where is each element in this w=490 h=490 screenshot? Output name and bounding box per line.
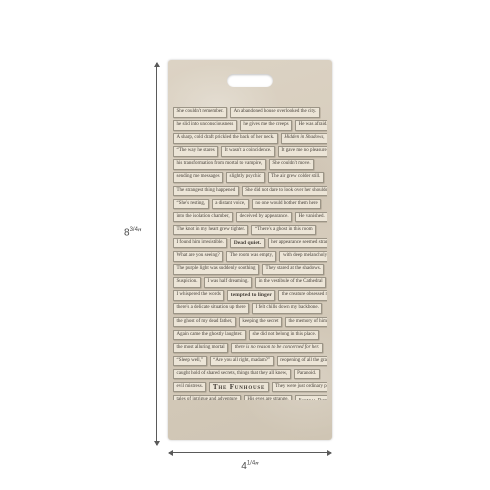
sticker: The knot in my heart grew tighter. <box>173 225 248 236</box>
width-dimension-line <box>169 452 331 453</box>
sticker: Dead quiet. <box>230 238 264 249</box>
sticker: no one would bother them here <box>252 199 321 210</box>
sticker: she did not belong in this place. <box>249 330 319 341</box>
sticker: They stared at the shadows. <box>262 264 324 275</box>
product-image-canvas: 83/4″ She couldn't remember.An abandoned… <box>0 0 490 490</box>
sticker-row: the most alluring mortalthere is no reas… <box>173 343 327 354</box>
sticker-row: there's a delicate situation up thereI f… <box>173 303 327 314</box>
sticker: Funeral Director <box>295 395 327 400</box>
sticker-row: I whispered the wordstempted to lingerth… <box>173 290 327 301</box>
sticker: He was afraid. <box>295 120 327 131</box>
sticker-row: The purple light was suddenly soothingTh… <box>173 264 327 275</box>
height-dimension-label: 83/4″ <box>124 227 141 238</box>
sticker-row: The strangest thing happenedShe did not … <box>173 186 327 197</box>
sticker: I felt chills down my backbone. <box>252 303 322 314</box>
sticker: He vanished. <box>295 212 327 223</box>
sticker: “Sleep well,” <box>173 356 207 367</box>
sticker-row: She couldn't remember.An abandoned house… <box>173 107 327 118</box>
sticker: there is no reason to be concerned for h… <box>231 343 322 354</box>
sticker: the memory of him. <box>285 317 327 328</box>
sticker: Hidden in Shadows, <box>281 133 327 144</box>
sticker: The air grew colder still. <box>268 172 324 183</box>
width-unit: ″ <box>255 461 259 472</box>
sticker: I found him irresistible. <box>173 238 227 249</box>
sticker-row: “Sleep well,”“Are you all right, madam?”… <box>173 356 327 367</box>
sticker: tempted to linger <box>227 290 275 301</box>
sticker: Paranoid. <box>294 369 320 380</box>
sticker: They were just ordinary people <box>272 382 327 393</box>
sticker-row: “The way he staresIt wasn't a coincidenc… <box>173 146 327 157</box>
sticker: a distant voice, <box>212 199 249 210</box>
sticker-row: Again came the ghostly laughter.she did … <box>173 330 327 341</box>
sticker: the creature obsessed me. <box>278 290 327 301</box>
sticker: The room was empty, <box>226 251 276 262</box>
sticker-row: his transformation from mortal to vampir… <box>173 159 327 170</box>
sticker: She couldn't move. <box>269 159 314 170</box>
sticker-row: What are you seeing?The room was empty,w… <box>173 251 327 262</box>
sticker: evil mistress. <box>173 382 206 393</box>
sticker: What are you seeing? <box>173 251 223 262</box>
height-unit: ″ <box>138 227 142 238</box>
sticker-row: tales of intrigue and adventureHis eyes … <box>173 395 327 400</box>
sticker: The purple light was suddenly soothing <box>173 264 259 275</box>
sticker: her appearance seemed strange, <box>268 238 327 249</box>
width-fraction: 1/4 <box>247 461 255 467</box>
hang-hole <box>227 74 273 87</box>
height-dimension-line <box>156 63 157 445</box>
sticker-row: sending me messagesslightly psychicThe a… <box>173 172 327 183</box>
sticker-row: “She's resting,a distant voice,no one wo… <box>173 199 327 210</box>
sticker-row: into the isolation chamber,deceived by a… <box>173 212 327 223</box>
sticker-row: A sharp, cold draft prickled the back of… <box>173 133 327 144</box>
sticker: “There's a ghost in this room <box>251 225 316 236</box>
sticker: It wasn't a coincidence. <box>221 146 275 157</box>
sticker: with deep melancholy <box>279 251 327 262</box>
sticker: She couldn't remember. <box>173 107 227 118</box>
sticker: keeping the secret <box>239 317 282 328</box>
sticker: in the vestibule of the Cathedral <box>255 277 326 288</box>
sticker: the ghost of my dead father, <box>173 317 236 328</box>
sticker: sending me messages <box>173 172 223 183</box>
sticker: tales of intrigue and adventure <box>173 395 241 400</box>
sticker-row: Suspicion.I was half dreaming.in the ves… <box>173 277 327 288</box>
arrow-up-icon <box>154 62 160 67</box>
width-dimension-label: 41/4″ <box>241 461 258 472</box>
arrow-down-icon <box>154 441 160 446</box>
sticker: there's a delicate situation up there <box>173 303 249 314</box>
sticker-rows: She couldn't remember.An abandoned house… <box>173 107 327 400</box>
sticker: reopening of all the graves. <box>277 356 327 367</box>
sticker: An abandoned house overlooked the city. <box>230 107 320 118</box>
sticker: into the isolation chamber, <box>173 212 233 223</box>
sticker: deceived by appearance. <box>236 212 292 223</box>
sticker: I was half dreaming. <box>204 277 252 288</box>
sticker: “The way he stares <box>173 146 218 157</box>
sticker-row: caught hold of shared secrets, things th… <box>173 369 327 380</box>
sticker-row: evil mistress.The FunhouseThey were just… <box>173 382 327 393</box>
sticker: “Are you all right, madam?” <box>210 356 274 367</box>
sticker: I whispered the words <box>173 290 224 301</box>
sticker-row: The knot in my heart grew tighter.“There… <box>173 225 327 236</box>
sticker-row: he slid into unconsciousnesshe gives me … <box>173 120 327 131</box>
height-fraction: 3/4 <box>130 227 138 233</box>
arrow-left-icon <box>168 450 173 456</box>
sticker: The Funhouse <box>209 382 268 393</box>
arrow-right-icon <box>327 450 332 456</box>
sticker: His eyes are strange. <box>244 395 292 400</box>
sticker: A sharp, cold draft prickled the back of… <box>173 133 278 144</box>
sticker-row: I found him irresistible.Dead quiet.her … <box>173 238 327 249</box>
sticker: Again came the ghostly laughter. <box>173 330 246 341</box>
sticker: She did not dare to look over her should… <box>242 186 327 197</box>
sticker: caught hold of shared secrets, things th… <box>173 369 291 380</box>
sticker: The strangest thing happened <box>173 186 239 197</box>
sticker: slightly psychic <box>226 172 265 183</box>
sticker: the most alluring mortal <box>173 343 228 354</box>
sticker: It gave me no pleasure <box>278 146 327 157</box>
width-dimension-label-wrap: 41/4″ <box>169 456 331 474</box>
sticker: he slid into unconsciousness <box>173 120 237 131</box>
sticker-sheet: She couldn't remember.An abandoned house… <box>168 60 332 440</box>
sticker-row: the ghost of my dead father,keeping the … <box>173 317 327 328</box>
sticker: his transformation from mortal to vampir… <box>173 159 266 170</box>
sticker: Suspicion. <box>173 277 201 288</box>
sticker: he gives me the creeps <box>240 120 292 131</box>
sticker: “She's resting, <box>173 199 209 210</box>
